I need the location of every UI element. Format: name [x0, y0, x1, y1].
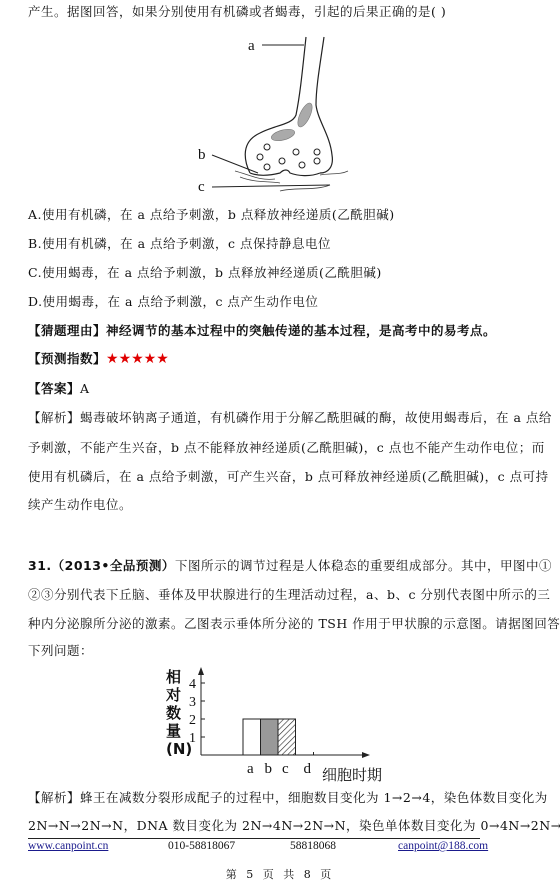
analysis-line-2: 予刺激，不能产生兴奋，b 点不能释放神经递质(乙酰胆碱)，c 点也不能产生动作电… — [28, 440, 545, 456]
synapse-diagram: a b c — [180, 25, 380, 200]
footer-phone-1: 010-58818067 — [168, 840, 235, 852]
svg-text:3: 3 — [189, 695, 196, 710]
footer-divider — [28, 838, 480, 839]
svg-text:(N): (N) — [166, 740, 192, 758]
star-rating-icon: ★★★★★ — [106, 351, 169, 367]
reason-label: 【猜题理由】 — [28, 323, 106, 338]
analysis-line-1: 【解析】蝎毒破坏钠离子通道，有机磷作用于分解乙酰胆碱的酶，故使用蝎毒后，在 a … — [28, 410, 552, 426]
question-31-number: 31.（2013•全品预测） — [28, 558, 175, 573]
question-31-line-3: 种内分泌腺所分泌的激素。乙图表示垂体所分泌的 TSH 作用于甲状腺的示意图。请据… — [28, 616, 560, 632]
question-31-line-2: ②③分别代表下丘脑、垂体及甲状腺进行的生理活动过程，a、b、c 分别代表图中所示… — [28, 587, 550, 603]
page-number: 第 5 页 共 8 页 — [0, 866, 560, 882]
prediction-index-line: 【预测指数】★★★★★ — [28, 351, 169, 367]
analysis2-line-1: 【解析】蜂王在减数分裂形成配子的过程中，细胞数目变化为 1→2→4，染色体数目变… — [28, 790, 548, 806]
svg-text:相: 相 — [166, 668, 181, 686]
svg-text:4: 4 — [189, 677, 196, 692]
svg-text:2: 2 — [189, 713, 196, 728]
svg-text:细胞时期: 细胞时期 — [322, 766, 382, 784]
question-31-line-4: 下列问题： — [28, 643, 93, 659]
bar-chart: 1234相对数量(N)abcd细胞时期 — [150, 660, 400, 785]
svg-text:c: c — [282, 761, 289, 777]
svg-text:数: 数 — [166, 704, 181, 722]
svg-text:对: 对 — [165, 686, 181, 704]
analysis-line-4: 续产生动作电位。 — [28, 497, 132, 513]
question-30-intro: 产生。据图回答，如果分别使用有机磷或者蝎毒，引起的后果正确的是( ) — [28, 4, 446, 20]
answer-value: A — [80, 381, 90, 396]
footer-phone-2: 58818068 — [290, 840, 336, 852]
analysis-line-3: 使用有机磷后，在 a 点给予刺激，可产生兴奋，b 点可释放神经递质(乙酰胆碱)，… — [28, 469, 549, 485]
footer-website-link[interactable]: www.canpoint.cn — [28, 840, 108, 852]
label-c: c — [198, 179, 205, 195]
answer-label: 【答案】 — [28, 381, 80, 396]
analysis2-line-2: 2N→N→2N→N，DNA 数目变化为 2N→4N→2N→N，染色单体数目变化为… — [28, 818, 560, 834]
svg-text:量: 量 — [166, 722, 181, 740]
svg-text:a: a — [247, 761, 254, 777]
reason-line: 【猜题理由】神经调节的基本过程中的突触传递的基本过程，是高考中的易考点。 — [28, 323, 496, 339]
reason-text: 神经调节的基本过程中的突触传递的基本过程，是高考中的易考点。 — [106, 323, 496, 338]
svg-text:b: b — [265, 761, 273, 777]
footer-email-link[interactable]: canpoint@188.com — [398, 840, 488, 852]
svg-text:d: d — [304, 761, 312, 777]
question-31-text-1: 下图所示的调节过程是人体稳态的重要组成部分。其中，甲图中① — [175, 558, 552, 573]
option-c: C.使用蝎毒，在 a 点给予刺激，b 点释放神经递质(乙酰胆碱) — [28, 265, 382, 281]
label-b: b — [198, 147, 206, 163]
option-d: D.使用蝎毒，在 a 点给予刺激，c 点产生动作电位 — [28, 294, 318, 310]
prediction-index-label: 【预测指数】 — [28, 351, 106, 366]
label-a: a — [248, 38, 255, 54]
answer-line: 【答案】A — [28, 381, 90, 397]
option-a: A.使用有机磷，在 a 点给予刺激，b 点释放神经递质(乙酰胆碱) — [28, 207, 395, 223]
option-b: B.使用有机磷，在 a 点给予刺激，c 点保持静息电位 — [28, 236, 331, 252]
question-31-line-1: 31.（2013•全品预测）下图所示的调节过程是人体稳态的重要组成部分。其中，甲… — [28, 558, 552, 574]
